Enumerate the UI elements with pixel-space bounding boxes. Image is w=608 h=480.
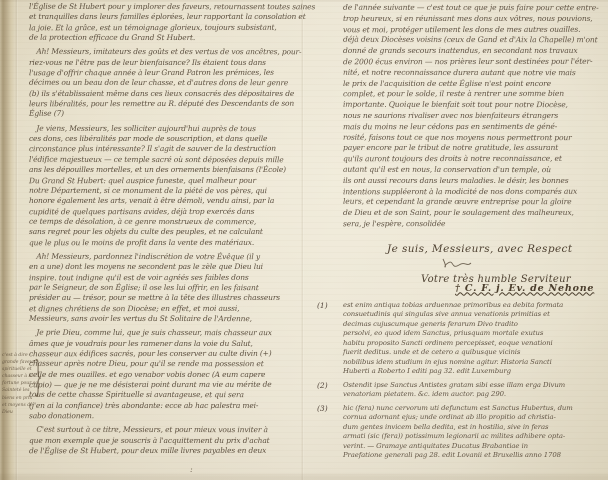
footnotes-block: (1) est enim antiqua tobias arduennae pr… <box>343 301 605 461</box>
manuscript-line: biens en prix <box>2 395 38 402</box>
manuscript-line: celle de mes ouailles. et ego venabor vo… <box>29 370 307 380</box>
manuscript-line: le prix de l'acquisition de cette Église… <box>343 79 605 90</box>
manuscript-line: décimes ou un beau don de leur chasse, e… <box>29 78 307 89</box>
manuscript-line: fortune pour sa <box>2 380 38 387</box>
paragraph: Ah! Messieurs, imitateurs des goûts et d… <box>29 47 307 119</box>
page-mark: : <box>190 465 193 474</box>
manuscript-line: notre Département, si ce monument de la … <box>29 186 307 197</box>
manuscript-line: en a une) dont les moyens ne secondent p… <box>29 262 307 272</box>
manuscript-line: mais du moins ne leur cédons pas en sent… <box>343 121 605 132</box>
manuscript-line: Ostendit ipse Sanctus Antistes gratam si… <box>343 381 605 391</box>
closing-salutation: Je suis, Messieurs, avec Respect <box>387 243 605 255</box>
manuscript-line: consuetudinis qui singulas sive annua ve… <box>343 310 605 320</box>
footnote-lines: Ostendit ipse Sanctus Antistes gratam si… <box>343 381 605 400</box>
manuscript-line: Je prie Dieu, comme lui, que je suis cha… <box>29 328 307 339</box>
manuscript-line: spirituelle et <box>2 366 38 373</box>
footnote-1: (1) est enim antiqua tobias arduennae pr… <box>343 301 605 377</box>
manuscript-line: rosité, faisons tout ce que nos moyens n… <box>343 132 605 143</box>
paragraph: Ah! Messieurs, pardonnez l'indiscrétion … <box>29 252 307 324</box>
manuscript-line: ce temps de désolation, à ce genre monst… <box>29 217 307 228</box>
manuscript-line: honore également les arts, venait à être… <box>29 196 307 206</box>
footnote-number: (1) <box>317 301 328 310</box>
manuscript-line: Église (7) <box>29 109 307 120</box>
manuscript-line: circonstance plus intéressante? Il s'agi… <box>29 144 307 155</box>
manuscript-line: ans les dépouilles mortelles, et un des … <box>29 165 307 175</box>
manuscript-line: tous de cette chasse Spirituelle si avan… <box>29 390 307 401</box>
manuscript-line: de 2000 écus environ — nos prières leur … <box>343 57 605 68</box>
manuscript-line: et moyens de <box>2 402 38 409</box>
manuscript-line: venatoriam pietatem. &c. idem auctor. pa… <box>343 390 605 400</box>
manuscript-line: cupidité de quelques partisans avides, d… <box>29 206 307 217</box>
manuscript-line: est enim antiqua tobias arduennae primor… <box>343 301 605 311</box>
paragraph: Je prie Dieu, comme lui, que je suis cha… <box>29 328 307 421</box>
manuscript-line: présider au — trésor, pour se mettre à l… <box>29 293 307 303</box>
manuscript-line: verint. — Gramaye antiquitates Ducatus B… <box>343 442 605 452</box>
manuscript-line: cornua adornant ejus; unde ordinat ab il… <box>343 413 605 423</box>
manuscript-line: habitu proposito Sancti ordinem percepis… <box>343 339 605 349</box>
manuscript-line: Sainteté les <box>2 387 38 394</box>
manuscript-line: nité, et notre reconnaissance durera aut… <box>343 68 605 79</box>
manuscript-line: nobilibus idem studium in ejus nomine ag… <box>343 358 605 368</box>
footnote-number: (2) <box>317 381 328 390</box>
manuscript-line: Praefatione generali pag 28. edit Lovani… <box>343 451 605 461</box>
manuscript-line: Ah! Messieurs, pardonnez l'indiscrétion … <box>29 252 307 263</box>
manuscript-line: (b) ils s'établissaient même dans ces li… <box>29 89 307 99</box>
manuscript-line: ils ont aussi recours dans leurs maladie… <box>343 176 605 187</box>
closing-block: Je suis, Messieurs, avec Respect Votre t… <box>343 243 605 294</box>
manuscript-line: leurs, et cependant la grande œuvre entr… <box>343 197 605 208</box>
manuscript-line: payer encore par le tribut de notre grat… <box>343 143 605 154</box>
manuscript-line: armati (sic (fera)) potissimum legionari… <box>343 432 605 442</box>
manuscript-line: complet, et pour le solde, il reste à re… <box>343 89 605 100</box>
manuscript-line: (j'en ai la confiance) très abondante: e… <box>29 401 307 411</box>
manuscript-line: Du Grand St Hubert: quel auspice funeste… <box>29 175 307 186</box>
manuscript-line: donné de grands secours inattendus, en s… <box>343 46 605 57</box>
manuscript-line: Ah! Messieurs, imitateurs des goûts et d… <box>29 47 307 58</box>
paraph-flourish <box>439 257 473 271</box>
manuscript-line: déjà deux Diocèses voisins (ceux de Gand… <box>343 35 605 46</box>
manuscript-line: de la protection efficace du Grand St Hu… <box>29 33 307 44</box>
manuscript-line: chasseur à la <box>2 373 38 380</box>
paragraph: Je viens, Messieurs, les solliciter aujo… <box>29 124 307 248</box>
paragraph: l'Église de St Hubert pour y implorer de… <box>29 2 307 43</box>
manuscript-line: par le Seigneur, de son Église; il ose l… <box>29 283 307 294</box>
manuscript-line: de l'Église de St Hubert, pour deux mill… <box>29 446 307 457</box>
footnote-lines: est enim antiqua tobias arduennae primor… <box>343 301 605 377</box>
signature: † C. F. j. Ev. de Nehone <box>455 283 605 294</box>
manuscript-line: sabo donationem. <box>29 411 307 422</box>
manuscript-line: sans regret pour les objets du culte des… <box>29 227 307 237</box>
margin-note: c'est à diregrande faveurspirituelle etc… <box>2 352 38 416</box>
right-text-column: de l'année suivante — c'est tout ce que … <box>343 3 605 465</box>
left-text-column: l'Église de St Hubert pour y implorer de… <box>29 2 307 460</box>
manuscript-line: que mon exemple que je souscris à l'acqu… <box>29 436 307 446</box>
manuscript-line: de l'année suivante — c'est tout ce que … <box>343 3 605 14</box>
footnote-lines: hic (fera) nunc cervorum uti defunctum e… <box>343 404 605 461</box>
manuscript-line: persolvi, eo quod idem Sanctus, priusqua… <box>343 329 605 339</box>
manuscript-line: et tranquilles dans leurs familles éplor… <box>29 12 307 22</box>
manuscript-line: sera, je l'espère, consolidée <box>343 219 605 230</box>
manuscript-page: l'Église de St Hubert pour y implorer de… <box>0 0 608 480</box>
manuscript-line: importante. Quoique le bienfait soit tou… <box>343 100 605 111</box>
footnote-3: (3) hic (fera) nunc cervorum uti defunct… <box>343 404 605 461</box>
manuscript-line: que le plus ou le moins de profit dans l… <box>29 237 307 248</box>
manuscript-line: et dignes chrétiens de son Diocèse; en e… <box>29 303 307 314</box>
manuscript-line: de Dieu et de son Saint, pour le soulage… <box>343 208 605 219</box>
manuscript-line: Huberti a Roberto I editi pag 32. edit L… <box>343 367 605 377</box>
footnote-2: (2) Ostendit ipse Sanctus Antistes grata… <box>343 381 605 400</box>
manuscript-line: fuerit deditus. unde et de cetero a quib… <box>343 348 605 358</box>
paragraph: de l'année suivante — c'est tout ce que … <box>343 3 605 230</box>
manuscript-line: autant qu'il est en nous, la conservatio… <box>343 165 605 176</box>
manuscript-line: dum gentes invicem bella dedita, est in … <box>343 423 605 433</box>
manuscript-line: l'édifice majestueux — ce temple sacré o… <box>29 155 307 166</box>
manuscript-line: grande faveur <box>2 359 38 366</box>
manuscript-line: Je viens, Messieurs, les solliciter aujo… <box>29 124 307 135</box>
manuscript-line: qu'ils auront toujours des droits à notr… <box>343 154 605 165</box>
margin-note-brace: } <box>34 356 42 404</box>
manuscript-line: decimas cujuscumque generis ferarum Divo… <box>343 320 605 330</box>
manuscript-line: c'est à dire <box>2 352 38 359</box>
paragraph: C'est surtout à ce titre, Messieurs, et … <box>29 425 307 456</box>
manuscript-line: trop heureux, si en réunissant mes dons … <box>343 14 605 25</box>
manuscript-line: inspire. tout indigne qu'il est de voir … <box>29 272 307 283</box>
manuscript-line: l'Église de St Hubert pour y implorer de… <box>29 2 307 13</box>
manuscript-line: C'est surtout à ce titre, Messieurs, et … <box>29 425 307 436</box>
manuscript-line: chasseur après notre Dieu, pour qu'il se… <box>29 359 307 370</box>
footnote-number: (3) <box>317 404 328 413</box>
manuscript-line: Messieurs, sans avoir les vertus du St S… <box>29 314 307 325</box>
manuscript-line: Dieu <box>2 409 38 416</box>
manuscript-line: hic (fera) nunc cervorum uti defunctum e… <box>343 404 605 414</box>
manuscript-line: riez-vous ne l'être pas de leur bienfais… <box>29 58 307 68</box>
manuscript-line: la joie. Et la grâce, est un témoignage … <box>29 22 307 33</box>
manuscript-line: âmes que je voudrais pour les ramener da… <box>29 339 307 349</box>
manuscript-line: nous ne saurions rivaliser avec nos bien… <box>343 111 605 122</box>
